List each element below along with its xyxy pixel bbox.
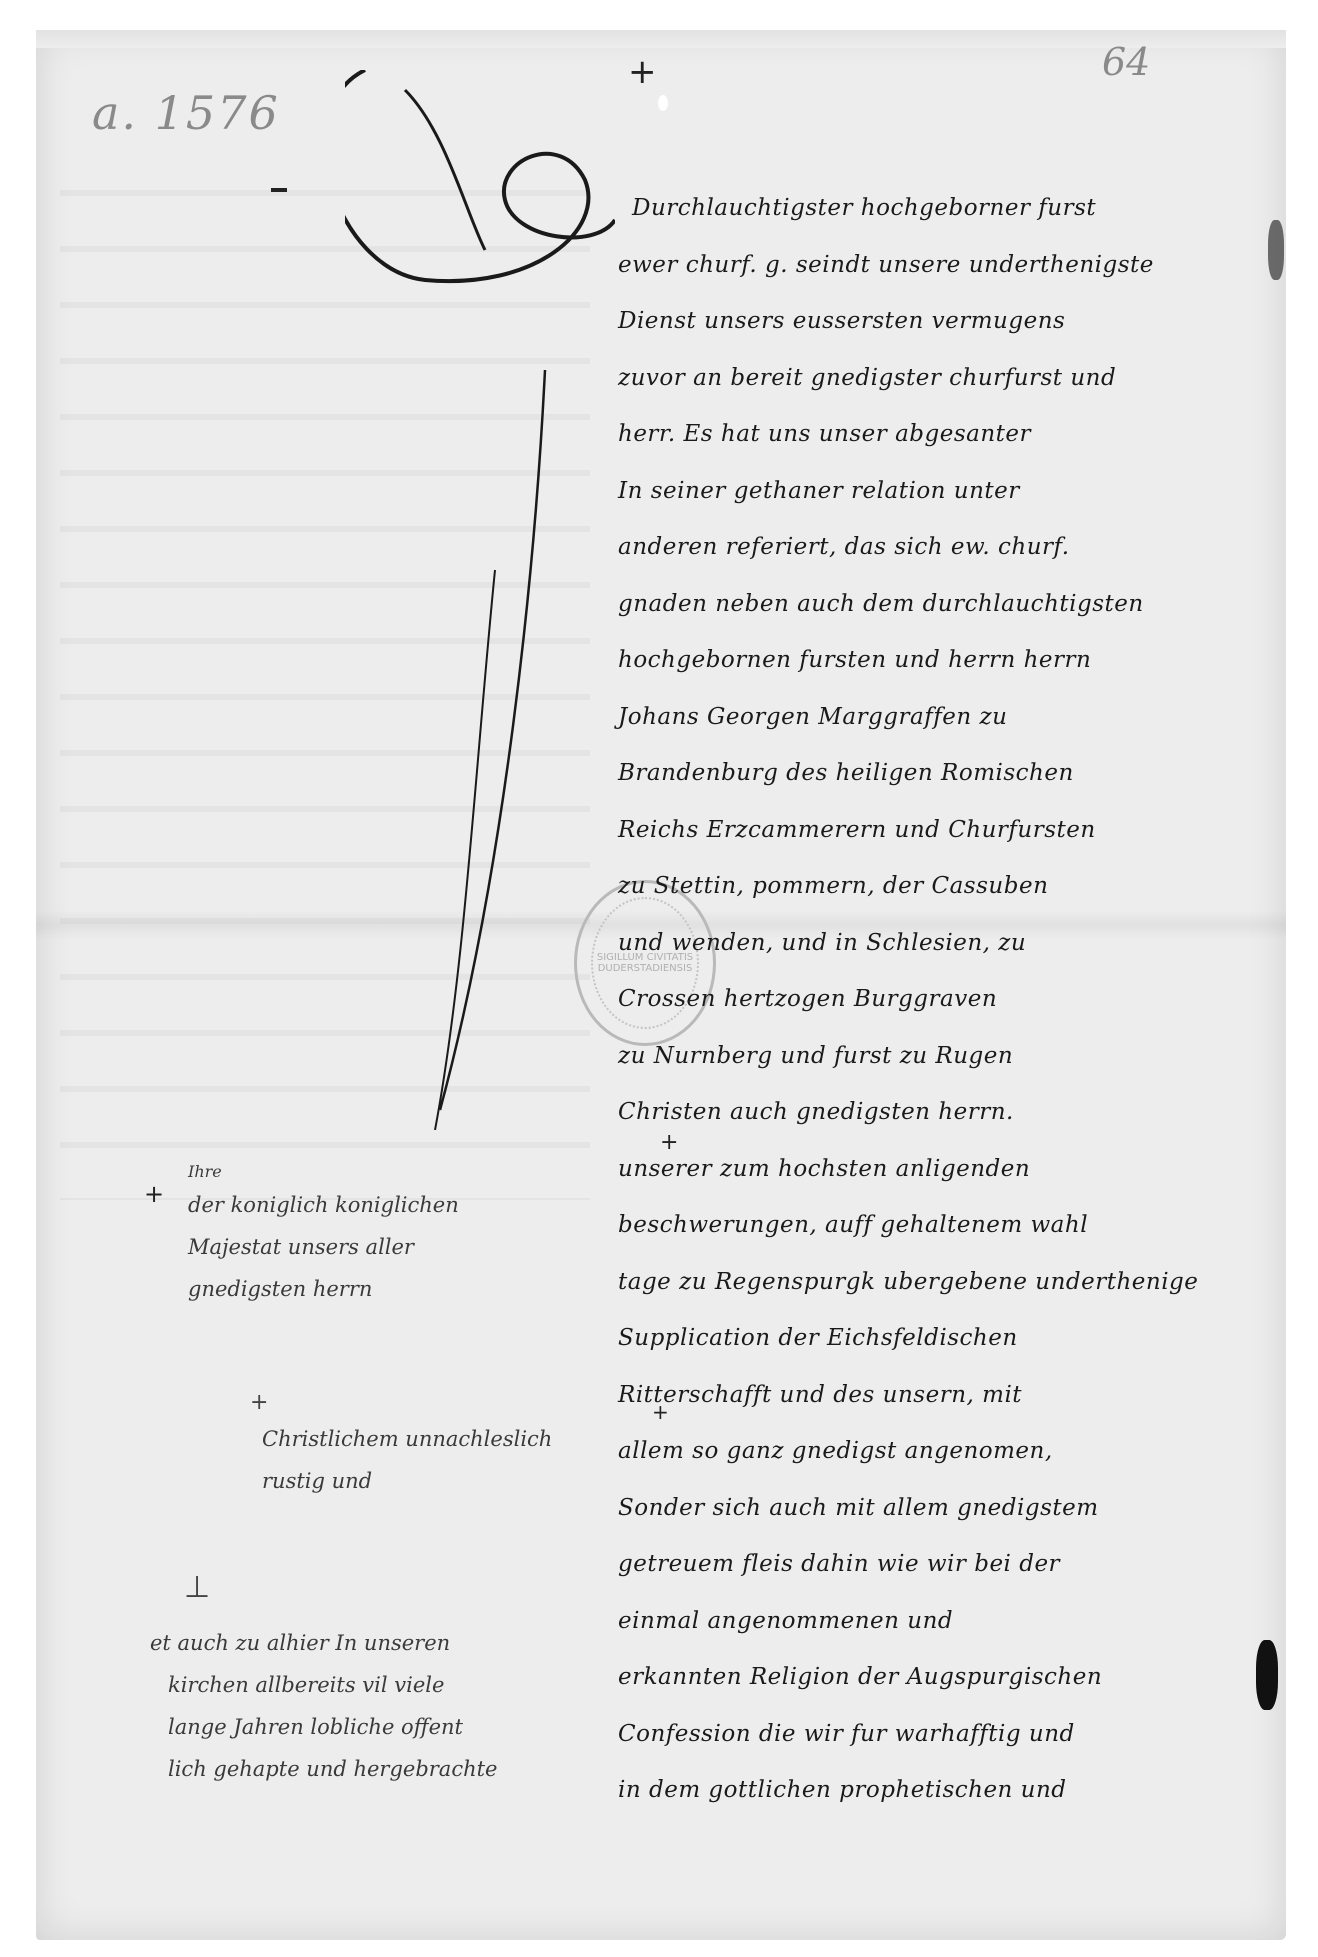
text-line: Confession die wir fur warhafftig und: [618, 1706, 1258, 1763]
margin-cross-mark: +: [144, 1180, 164, 1208]
paper-hole: [658, 95, 668, 111]
text-line: ewer churf. g. seindt unsere underthenig…: [618, 237, 1258, 294]
text-line: Durchlauchtigster hochgeborner furst: [618, 180, 1258, 237]
inline-cross-mark: +: [660, 1130, 678, 1155]
text-line: getreuem fleis dahin wie wir bei der: [618, 1536, 1258, 1593]
margin-anchor-mark: ⊥: [184, 1570, 210, 1605]
text-line: zu Stettin, pommern, der Cassuben: [618, 858, 1258, 915]
margin-note-3: et auch zu alhier In unseren kirchen all…: [150, 1622, 497, 1790]
margin-dash-mark: [271, 188, 287, 192]
ink-stain: [1256, 1640, 1278, 1710]
margin-note-line: kirchen allbereits vil viele: [150, 1664, 497, 1706]
margin-cross-mark: +: [250, 1390, 268, 1415]
text-line: zu Nurnberg und furst zu Rugen: [618, 1028, 1258, 1085]
text-line: beschwerungen, auff gehaltenem wahl: [618, 1197, 1258, 1254]
text-line: Sonder sich auch mit allem gnedigstem: [618, 1480, 1258, 1537]
text-line: in dem gottlichen prophetischen und: [618, 1762, 1258, 1819]
margin-note-line: lich gehapte und hergebrachte: [150, 1748, 497, 1790]
text-line: einmal angenommenen und: [618, 1593, 1258, 1650]
margin-note-line: gnedigsten herrn: [188, 1268, 459, 1310]
text-line: zuvor an bereit gnedigster churfurst und: [618, 350, 1258, 407]
text-line: herr. Es hat uns unser abgesanter: [618, 406, 1258, 463]
text-line: anderen referiert, das sich ew. churf.: [618, 519, 1258, 576]
margin-note-line: Majestat unsers aller: [188, 1226, 459, 1268]
text-line: Supplication der Eichsfeldischen: [618, 1310, 1258, 1367]
margin-note-1: Ihre der koniglich koniglichen Majestat …: [188, 1160, 459, 1310]
margin-note-line: Ihre: [188, 1160, 459, 1184]
margin-note-line: et auch zu alhier In unseren: [150, 1622, 497, 1664]
text-line: allem so ganz gnedigst angenomen,: [618, 1423, 1258, 1480]
margin-note-line: Christlichem unnachleslich: [262, 1418, 552, 1460]
margin-note-line: der koniglich koniglichen: [188, 1184, 459, 1226]
text-line: Ritterschafft und des unsern, mit: [618, 1367, 1258, 1424]
text-line: Crossen hertzogen Burggraven: [618, 971, 1258, 1028]
folio-number: 64: [1102, 40, 1150, 84]
text-line: unserer zum hochsten anligenden: [618, 1141, 1258, 1198]
text-line: gnaden neben auch dem durchlauchtigsten: [618, 576, 1258, 633]
text-line: Brandenburg des heiligen Romischen: [618, 745, 1258, 802]
cross-mark: +: [628, 52, 657, 92]
text-line: Johans Georgen Marggraffen zu: [618, 689, 1258, 746]
text-line: tage zu Regenspurgk ubergebene underthen…: [618, 1254, 1258, 1311]
main-text-block: Durchlauchtigster hochgeborner furst ewe…: [618, 180, 1258, 1819]
margin-note-2: Christlichem unnachleslich rustig und: [262, 1418, 552, 1502]
text-line: hochgebornen fursten und herrn herrn: [618, 632, 1258, 689]
text-line: und wenden, und in Schlesien, zu: [618, 915, 1258, 972]
text-line: In seiner gethaner relation unter: [618, 463, 1258, 520]
margin-note-line: lange Jahren lobliche offent: [150, 1706, 497, 1748]
text-line: erkannten Religion der Augspurgischen: [618, 1649, 1258, 1706]
inline-cross-mark: +: [652, 1400, 669, 1424]
margin-note-line: rustig und: [262, 1460, 552, 1502]
text-line: Reichs Erzcammerern und Churfursten: [618, 802, 1258, 859]
text-line: Dienst unsers eussersten vermugens: [618, 293, 1258, 350]
year-annotation: a. 1576: [92, 86, 280, 140]
text-line: Christen auch gnedigsten herrn.: [618, 1084, 1258, 1141]
ink-stain: [1268, 220, 1284, 280]
